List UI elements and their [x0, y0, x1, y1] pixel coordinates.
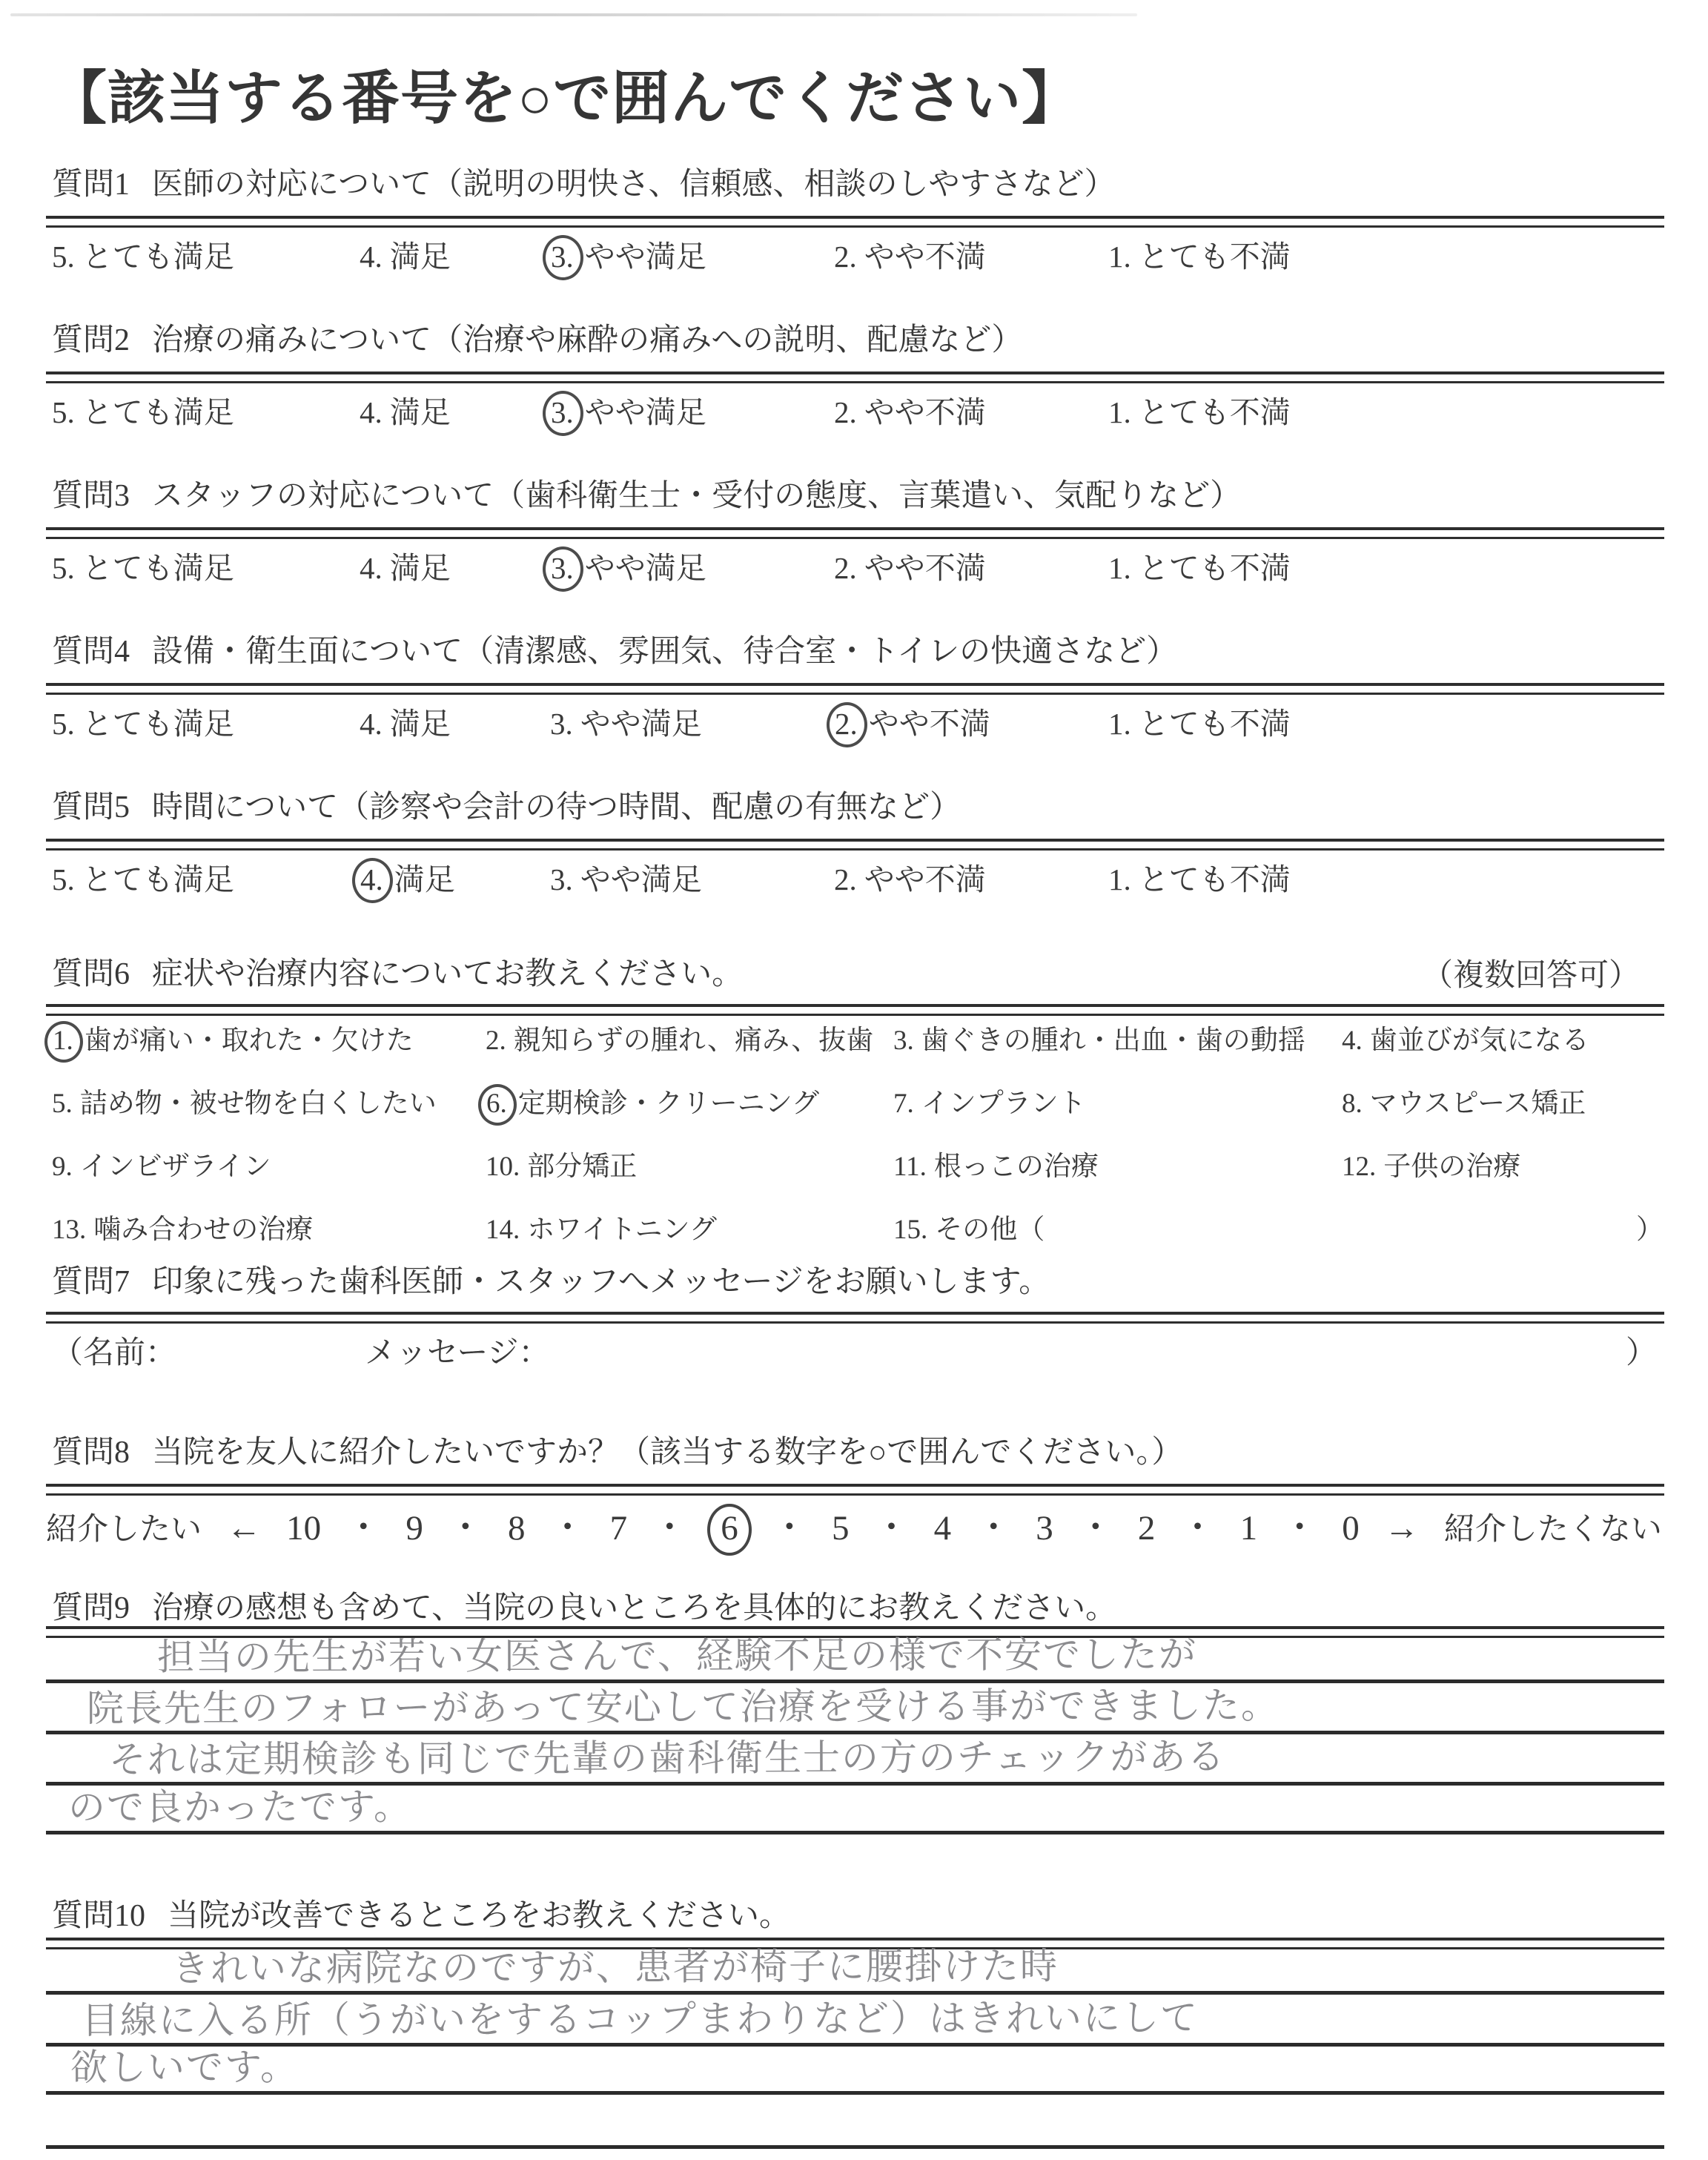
scale-number-2: 2	[1138, 1508, 1156, 1548]
item-label: 歯が痛い・取れた・欠けた	[85, 1025, 414, 1056]
item-number: 4.	[1342, 1025, 1363, 1056]
handwritten-answer-line: 目線に入る所（うがいをするコップまわりなど）はきれいにして	[82, 1988, 1199, 2044]
close-paren: ）	[1626, 1328, 1657, 1373]
option-number: 5.	[52, 862, 75, 896]
scale-number-4: 4	[934, 1508, 952, 1548]
option-number: 2.	[834, 551, 857, 585]
scale-number-1: 1	[1240, 1508, 1258, 1548]
scale-right-label: 紹介したくない	[1444, 1505, 1662, 1549]
option-label: やや満足	[585, 551, 706, 585]
option-label: 満足	[390, 395, 451, 429]
question-3-options: 5.とても満足 4.満足 3.やや満足 2.やや不満 1.とても不満	[46, 544, 1666, 589]
item-label: 親知らずの腫れ、痛み、抜歯	[514, 1025, 873, 1056]
option-number: 2.	[834, 240, 857, 274]
q3-option-3-selected: 3.やや満足	[550, 544, 706, 587]
question-2-label: 質問2	[52, 323, 130, 357]
answer-rule-line: きれいな病院なのですが、患者が椅子に腰掛けた時	[46, 1941, 1664, 1995]
option-label: やや満足	[580, 862, 702, 896]
q3-option-2: 2.やや不満	[834, 544, 986, 587]
q5-option-4-selected: 4.満足	[360, 855, 455, 899]
question-8-header: 質問8当院を友人に紹介したいですか？（該当する数字を○で囲んでください。）	[52, 1427, 1182, 1472]
q1-option-1: 1.とても不満	[1108, 232, 1291, 276]
dot-separator: ・	[1282, 1500, 1317, 1550]
option-number: 5.	[52, 240, 75, 274]
question-2-options: 5.とても満足 4.満足 3.やや満足 2.やや不満 1.とても不満	[46, 388, 1666, 434]
circled-answer-mark: 1.	[44, 1021, 83, 1063]
option-label: 満足	[390, 707, 451, 741]
name-field-label: （名前：	[52, 1328, 176, 1373]
option-label: やや不満	[864, 551, 986, 585]
option-label: とても満足	[82, 240, 234, 274]
option-label: とても不満	[1139, 240, 1291, 274]
question-4-title: 設備・衛生面について（清潔感、雰囲気、待合室・トイレの快適さなど）	[152, 635, 1177, 669]
q4-option-3: 3.やや満足	[550, 699, 702, 743]
question-1: 質問1医師の対応について（説明の明快さ、信頼感、相談のしやすさなど） 5.とても…	[46, 159, 1666, 285]
question-6: 質問6症状や治療内容についてお教えください。 （複数回答可） 1.歯が痛い・取れ…	[46, 949, 1666, 1261]
item-label: マウスピース矯正	[1370, 1089, 1586, 1119]
answer-rule-line: 担当の先生が若い女医さんで、経験不足の様で不安でしたが	[46, 1629, 1664, 1683]
question-7-title: 印象に残った歯科医師・スタッフへメッセージをお願いします。	[152, 1265, 1050, 1299]
item-label: 歯ぐきの腫れ・出血・歯の動揺	[921, 1025, 1305, 1056]
scale-number-7: 7	[610, 1508, 628, 1548]
item-number: 11.	[893, 1152, 927, 1182]
question-5-title: 時間について（診察や会計の待つ時間、配慮の有無など）	[152, 790, 961, 825]
item-label: 子供の治療	[1383, 1152, 1520, 1182]
option-number: 4.	[360, 707, 383, 741]
option-label: やや不満	[864, 862, 986, 896]
question-1-title: 医師の対応について（説明の明快さ、信頼感、相談のしやすさなど）	[152, 168, 1115, 202]
answer-rule-line: 欲しいです。	[46, 2041, 1664, 2095]
question-7-label: 質問7	[52, 1265, 130, 1299]
q3-option-5: 5.とても満足	[52, 544, 234, 587]
scale-number-6-circled: 6	[707, 1504, 752, 1556]
q2-option-4: 4.満足	[360, 388, 451, 432]
answer-rule-line-empty	[46, 2095, 1664, 2149]
dot-separator: ・	[448, 1500, 483, 1550]
q1-option-5: 5.とても満足	[52, 232, 234, 276]
item-label: 定期検診・クリーニング	[518, 1089, 819, 1119]
option-label: とても満足	[82, 862, 234, 896]
q6-item-5: 5.詰め物・被せ物を白くしたい	[52, 1080, 437, 1120]
q7-answer-row: （名前： メッセージ： ）	[46, 1328, 1664, 1373]
q6-item-9: 9.インビザライン	[52, 1143, 271, 1183]
scale-left-label: 紹介したい	[46, 1505, 202, 1549]
question-2-header: 質問2治療の痛みについて（治療や麻酔の痛みへの説明、配慮など）	[52, 315, 1022, 360]
question-6-header: 質問6症状や治療内容についてお教えください。	[52, 949, 743, 994]
answer-rule-line: 院長先生のフォローがあって安心して治療を受ける事ができました。	[46, 1680, 1664, 1734]
option-label: とても満足	[82, 551, 234, 585]
q2-option-1: 1.とても不満	[1108, 388, 1291, 432]
q2-option-3-selected: 3.やや満足	[550, 388, 706, 432]
dot-separator: ・	[976, 1500, 1011, 1550]
dot-separator: ・	[550, 1500, 585, 1550]
handwritten-answer-line: それは定期検診も同じで先輩の歯科衛生士の方のチェックがある	[109, 1727, 1226, 1783]
item-number: 5.	[52, 1089, 73, 1119]
option-label: とても不満	[1139, 395, 1291, 429]
q2-option-2: 2.やや不満	[834, 388, 986, 432]
item-number: 14.	[486, 1215, 520, 1245]
item-number: 15.	[893, 1215, 927, 1245]
q4-option-5: 5.とても満足	[52, 699, 234, 743]
circled-answer-mark: 3.	[543, 391, 583, 436]
question-1-options: 5.とても満足 4.満足 3.やや満足 2.やや不満 1.とても不満	[46, 232, 1666, 278]
question-1-label: 質問1	[52, 168, 130, 202]
q6-item-3: 3.歯ぐきの腫れ・出血・歯の動揺	[893, 1017, 1305, 1057]
item-label: 根っこの治療	[934, 1152, 1099, 1182]
q6-item-14: 14.ホワイトニング	[486, 1206, 717, 1246]
handwritten-answer-line: 欲しいです。	[70, 2038, 299, 2092]
handwritten-answer-line: きれいな病院なのですが、患者が椅子に腰掛けた時	[172, 1936, 1059, 1992]
circled-answer-mark: 2.	[827, 702, 867, 747]
option-label: とても不満	[1139, 551, 1291, 585]
dot-separator: ・	[1180, 1500, 1215, 1550]
q4-option-2-selected: 2.やや不満	[834, 699, 990, 743]
q4-option-4: 4.満足	[360, 699, 451, 743]
question-9: 質問9治療の感想も含めて、当院の良いところを具体的にお教えください。 担当の先生…	[46, 1583, 1666, 1843]
question-4-header: 質問4設備・衛生面について（清潔感、雰囲気、待合室・トイレの快適さなど）	[52, 627, 1177, 671]
scale-number-9: 9	[406, 1508, 423, 1548]
option-label: やや不満	[864, 240, 986, 274]
circled-answer-mark: 3.	[543, 546, 583, 592]
scale-number-0: 0	[1342, 1508, 1360, 1548]
option-number: 5.	[52, 551, 75, 585]
option-number: 4.	[360, 395, 383, 429]
q5-option-1: 1.とても不満	[1108, 855, 1291, 899]
q5-option-2: 2.やや不満	[834, 855, 986, 899]
message-field-label: メッセージ：	[365, 1328, 549, 1373]
divider-line	[46, 216, 1664, 228]
question-8: 質問8当院を友人に紹介したいですか？（該当する数字を○で囲んでください。） 紹介…	[46, 1427, 1666, 1568]
handwritten-answer-line: ので良かったです。	[68, 1777, 412, 1831]
question-1-header: 質問1医師の対応について（説明の明快さ、信頼感、相談のしやすさなど）	[52, 159, 1116, 204]
question-10-header: 質問10当院が改善できるところをお教えください。	[52, 1891, 790, 1935]
question-4: 質問4設備・衛生面について（清潔感、雰囲気、待合室・トイレの快適さなど） 5.と…	[46, 627, 1666, 753]
handwritten-answer-line: 担当の先生が若い女医さんで、経験不足の様で不安でしたが	[157, 1625, 1197, 1681]
option-label: 満足	[394, 862, 455, 896]
q6-item-15-other: 15.その他（	[893, 1206, 1045, 1246]
item-label: その他（	[935, 1215, 1045, 1245]
question-8-label: 質問8	[52, 1436, 130, 1470]
dot-separator: ・	[346, 1500, 381, 1550]
divider-line	[46, 683, 1664, 695]
dot-separator: ・	[652, 1500, 687, 1550]
option-label: やや満足	[585, 240, 706, 274]
question-10: 質問10当院が改善できるところをお教えください。 きれいな病院なのですが、患者が…	[46, 1891, 1666, 2158]
question-5-options: 5.とても満足 4.満足 3.やや満足 2.やや不満 1.とても不満	[46, 855, 1666, 901]
item-label: 部分矯正	[527, 1152, 637, 1182]
option-number: 2.	[834, 395, 857, 429]
option-number: 1.	[1108, 395, 1131, 429]
question-5-label: 質問5	[52, 790, 130, 825]
option-number: 1.	[1108, 240, 1131, 274]
question-3: 質問3スタッフの対応について（歯科衛生士・受付の態度、言葉遣い、気配りなど） 5…	[46, 471, 1666, 597]
option-label: とても満足	[82, 395, 234, 429]
dot-separator: ・	[1078, 1500, 1113, 1550]
item-label: ホワイトニング	[527, 1215, 717, 1245]
dot-separator: ・	[772, 1500, 807, 1550]
question-8-title: 当院を友人に紹介したいですか？（該当する数字を○で囲んでください。）	[152, 1436, 1182, 1470]
handwritten-answer-line: 院長先生のフォローがあって安心して治療を受ける事ができました。	[87, 1676, 1280, 1732]
question-2: 質問2治療の痛みについて（治療や麻酔の痛みへの説明、配慮など） 5.とても満足 …	[46, 315, 1666, 441]
q6-item-13: 13.噛み合わせの治療	[52, 1206, 313, 1246]
item-label: インプラント	[921, 1089, 1086, 1119]
option-number: 5.	[52, 395, 75, 429]
q5-option-3: 3.やや満足	[550, 855, 702, 899]
q6-item-10: 10.部分矯正	[486, 1143, 637, 1183]
right-arrow-icon: →	[1384, 1508, 1419, 1548]
scale-number-10: 10	[286, 1508, 321, 1548]
item-number: 2.	[486, 1025, 506, 1056]
q5-option-5: 5.とても満足	[52, 855, 234, 899]
divider-line	[46, 1312, 1664, 1324]
item-label: インビザライン	[80, 1152, 271, 1182]
question-4-options: 5.とても満足 4.満足 3.やや満足 2.やや不満 1.とても不満	[46, 699, 1666, 745]
question-6-label: 質問6	[52, 957, 130, 991]
option-label: 満足	[390, 240, 451, 274]
scale-number-3: 3	[1036, 1508, 1053, 1548]
option-number: 3.	[550, 862, 573, 896]
q2-option-5: 5.とても満足	[52, 388, 234, 432]
divider-line	[46, 839, 1664, 851]
q1-option-2: 2.やや不満	[834, 232, 986, 276]
option-number: 4.	[360, 240, 383, 274]
option-number: 5.	[52, 707, 75, 741]
q4-option-1: 1.とても不満	[1108, 699, 1291, 743]
question-3-header: 質問3スタッフの対応について（歯科衛生士・受付の態度、言葉遣い、気配りなど）	[52, 471, 1241, 515]
q6-item-1-selected: 1.歯が痛い・取れた・欠けた	[52, 1017, 414, 1057]
option-number: 4.	[360, 551, 383, 585]
question-5-header: 質問5時間について（診察や会計の待つ時間、配慮の有無など）	[52, 782, 961, 827]
item-label: 歯並びが気になる	[1370, 1025, 1589, 1056]
option-label: とても満足	[82, 707, 234, 741]
divider-line	[46, 371, 1664, 383]
other-close-paren: ）	[1636, 1206, 1664, 1246]
q6-item-7: 7.インプラント	[893, 1080, 1086, 1120]
left-arrow-icon: ←	[227, 1508, 262, 1548]
item-number: 9.	[52, 1152, 73, 1182]
question-5: 質問5時間について（診察や会計の待つ時間、配慮の有無など） 5.とても満足 4.…	[46, 782, 1666, 908]
option-label: とても不満	[1139, 862, 1291, 896]
question-9-title: 治療の感想も含めて、当院の良いところを具体的にお教えください。	[152, 1591, 1116, 1625]
nps-scale-row: 紹介したい ← 10 ・ 9 ・ 8 ・ 7 ・ 6 ・ 5 ・ 4 ・ 3 ・…	[46, 1500, 1662, 1550]
option-number: 1.	[1108, 707, 1131, 741]
item-label: 噛み合わせの治療	[93, 1215, 313, 1245]
question-3-title: スタッフの対応について（歯科衛生士・受付の態度、言葉遣い、気配りなど）	[152, 479, 1241, 513]
multiple-answers-note: （複数回答可）	[1422, 951, 1640, 995]
question-2-title: 治療の痛みについて（治療や麻酔の痛みへの説明、配慮など）	[152, 323, 1022, 357]
item-number: 3.	[893, 1025, 914, 1056]
page-title: 【該当する番号を○で囲んでください】	[49, 52, 1080, 135]
item-number: 12.	[1342, 1152, 1376, 1182]
q1-option-3-selected: 3.やや満足	[550, 232, 706, 276]
scale-number-8: 8	[508, 1508, 526, 1548]
question-4-label: 質問4	[52, 635, 130, 669]
item-number: 7.	[893, 1089, 914, 1119]
question-10-title: 当院が改善できるところをお教えください。	[168, 1899, 790, 1933]
option-label: やや満足	[585, 395, 706, 429]
divider-line	[46, 1004, 1664, 1016]
q6-item-11: 11.根っこの治療	[893, 1143, 1099, 1183]
q3-option-4: 4.満足	[360, 544, 451, 587]
option-number: 1.	[1108, 862, 1131, 896]
question-10-label: 質問10	[52, 1899, 145, 1933]
scale-number-5: 5	[832, 1508, 850, 1548]
q6-item-12: 12.子供の治療	[1342, 1143, 1520, 1183]
question-7: 質問7印象に残った歯科医師・スタッフへメッセージをお願いします。 （名前： メッ…	[46, 1257, 1666, 1398]
item-number: 13.	[52, 1215, 86, 1245]
circled-answer-mark: 4.	[352, 858, 393, 903]
scan-artifact-line	[10, 13, 1137, 16]
q6-item-4: 4.歯並びが気になる	[1342, 1017, 1589, 1057]
question-9-header: 質問9治療の感想も含めて、当院の良いところを具体的にお教えください。	[52, 1583, 1116, 1628]
dot-separator: ・	[874, 1500, 909, 1550]
question-9-label: 質問9	[52, 1591, 130, 1625]
q6-item-2: 2.親知らずの腫れ、痛み、抜歯	[486, 1017, 873, 1057]
option-number: 1.	[1108, 551, 1131, 585]
item-number: 8.	[1342, 1089, 1363, 1119]
answer-rule-line: ので良かったです。	[46, 1780, 1664, 1834]
item-label: 詰め物・被せ物を白くしたい	[80, 1089, 437, 1119]
option-label: やや満足	[580, 707, 702, 741]
option-label: とても不満	[1139, 707, 1291, 741]
circled-answer-mark: 3.	[543, 235, 583, 280]
option-number: 2.	[834, 862, 857, 896]
q3-option-1: 1.とても不満	[1108, 544, 1291, 587]
q6-item-8: 8.マウスピース矯正	[1342, 1080, 1586, 1120]
circled-answer-mark: 6.	[478, 1084, 517, 1126]
q6-item-6-selected: 6.定期検診・クリーニング	[486, 1080, 819, 1120]
option-label: 満足	[390, 551, 451, 585]
question-7-header: 質問7印象に残った歯科医師・スタッフへメッセージをお願いします。	[52, 1257, 1050, 1301]
question-3-label: 質問3	[52, 479, 130, 513]
option-number: 3.	[550, 707, 573, 741]
survey-scan-page: 【該当する番号を○で囲んでください】 質問1医師の対応について（説明の明快さ、信…	[0, 0, 1708, 2160]
question-6-title: 症状や治療内容についてお教えください。	[152, 957, 743, 991]
divider-line	[46, 527, 1664, 539]
q1-option-4: 4.満足	[360, 232, 451, 276]
option-label: やや不満	[864, 395, 986, 429]
item-number: 10.	[486, 1152, 520, 1182]
option-label: やや不満	[869, 707, 990, 741]
divider-line	[46, 1484, 1664, 1496]
